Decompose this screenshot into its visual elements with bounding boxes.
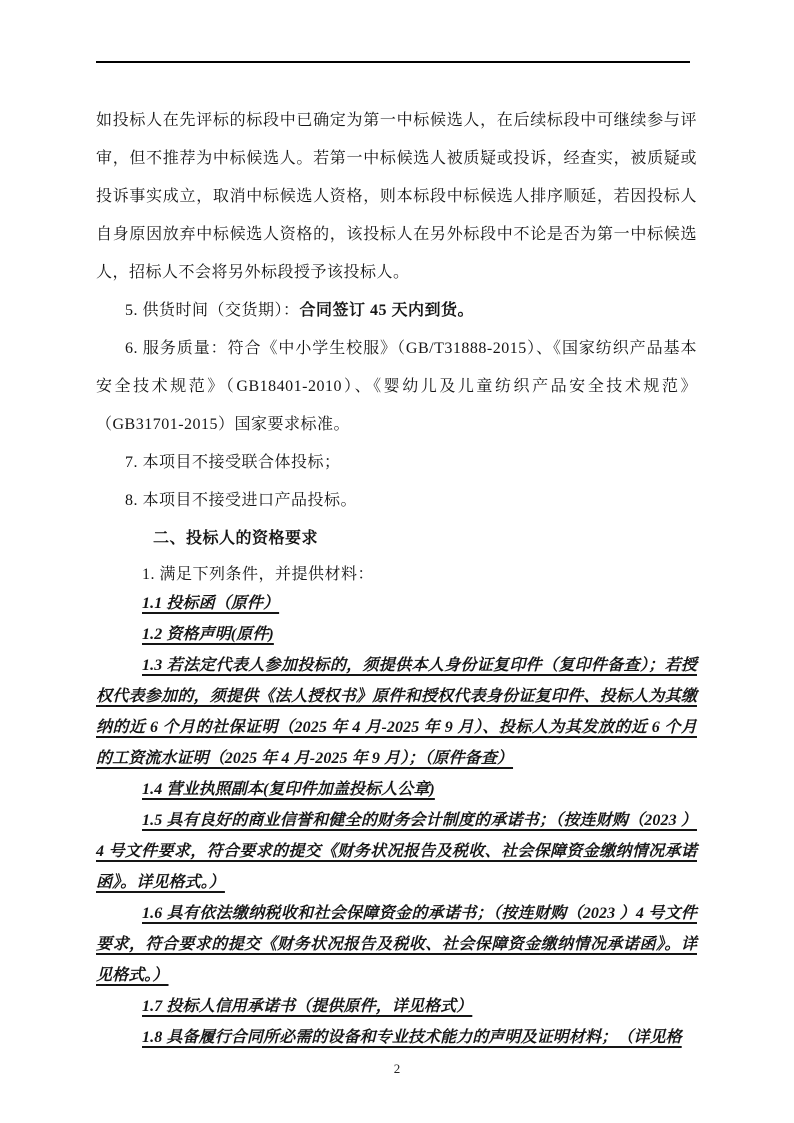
qualification-sub-items: 1.1 投标函（原件） 1.2 资格声明(原件) 1.3 若法定代表人参加投标的… [96, 588, 697, 1053]
sub-item-1-1: 1.1 投标函（原件） [96, 588, 697, 619]
sub-item-1-5: 1.5 具有良好的商业信誉和健全的财务会计制度的承诺书；（按连财购（2023 ）… [96, 805, 697, 898]
sub-item-1-7: 1.7 投标人信用承诺书（提供原件，详见格式） [96, 991, 697, 1022]
paragraph-continuation: 如投标人在先评标的标段中已确定为第一中标候选人，在后续标段中可继续参与评审，但不… [96, 102, 697, 292]
document-page: 如投标人在先评标的标段中已确定为第一中标候选人，在后续标段中可继续参与评审，但不… [0, 0, 794, 1123]
item-5-text: 5. 供货时间（交货期）： [125, 302, 300, 319]
page-footer: 2 [0, 1061, 794, 1077]
sub-item-1-2: 1.2 资格声明(原件) [96, 619, 697, 650]
sub-item-1-6-text: 1.6 具有依法缴纳税收和社会保障资金的承诺书；（按连财购（2023 ）4 号文… [96, 905, 697, 984]
document-body: 如投标人在先评标的标段中已确定为第一中标候选人，在后续标段中可继续参与评审，但不… [96, 102, 697, 1053]
sub-item-1-7-text: 1.7 投标人信用承诺书（提供原件，详见格式） [142, 998, 472, 1015]
sub-item-1-4-text: 1.4 营业执照副本(复印件加盖投标人公章) [142, 781, 435, 798]
item-7-no-consortium: 7. 本项目不接受联合体投标； [96, 444, 697, 482]
sub-item-1-6: 1.6 具有依法缴纳税收和社会保障资金的承诺书；（按连财购（2023 ）4 号文… [96, 898, 697, 991]
sub-item-1-8-text: 1.8 具备履行合同所必需的设备和专业技术能力的声明及证明材料； （详见格 [142, 1029, 682, 1046]
sub-item-1-1-text: 1.1 投标函（原件） [142, 595, 279, 612]
sub-item-1-3: 1.3 若法定代表人参加投标的，须提供本人身份证复印件（复印件备查）；若授权代表… [96, 650, 697, 774]
item-5-delivery-time: 5. 供货时间（交货期）：合同签订 45 天内到货。 [96, 292, 697, 330]
sub-item-1-4: 1.4 营业执照副本(复印件加盖投标人公章) [96, 774, 697, 805]
item-8-no-imported-products: 8. 本项目不接受进口产品投标。 [96, 482, 697, 520]
sub-item-1-3-text: 1.3 若法定代表人参加投标的，须提供本人身份证复印件（复印件备查）；若授权代表… [96, 657, 697, 767]
sub-item-1-5-text: 1.5 具有良好的商业信誉和健全的财务会计制度的承诺书；（按连财购（2023 ）… [96, 812, 697, 891]
page-number: 2 [394, 1061, 401, 1076]
sub-item-1-8: 1.8 具备履行合同所必需的设备和专业技术能力的声明及证明材料； （详见格 [96, 1022, 697, 1053]
item-5-emphasis: 合同签订 45 天内到货。 [300, 302, 475, 319]
item-1-conditions-lead: 1. 满足下列条件，并提供材料： [96, 558, 697, 592]
header-rule [96, 61, 690, 63]
item-6-service-quality: 6. 服务质量：符合《中小学生校服》（GB/T31888-2015）、《国家纺织… [96, 330, 697, 444]
section-2-heading: 二、投标人的资格要求 [96, 520, 697, 558]
sub-item-1-2-text: 1.2 资格声明(原件) [142, 626, 274, 643]
